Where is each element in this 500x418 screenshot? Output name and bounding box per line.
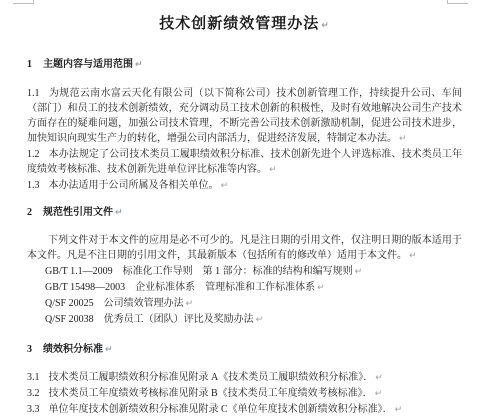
paragraph-number: 1.1 [27,88,40,99]
paragraph-text: 本办法适用于公司所属及各相关单位。 [49,180,219,191]
reference-list: GB/T 1.1—2009 标准化工作导则 第 1 部分：标准的结构和编写规则↵… [27,264,462,328]
paragraph-mark: ↵ [375,373,383,383]
paragraph-mark: ↵ [269,165,277,175]
paragraph-text: 下列文件对于本文件的应用是必不可少的。凡是注日期的引用文件，仅注明日期的版本适用… [27,235,462,261]
reference-item: Q/SF 20025 公司绩效管理办法↵ [45,296,462,312]
reference-text: GB/T 1.1—2009 标准化工作导则 第 1 部分：标准的结构和编写规则 [45,266,353,277]
section-number: 3 [27,344,32,355]
paragraph-number: 1.2 [27,149,40,160]
normative-intro-paragraph: 下列文件对于本文件的应用是必不可少的。凡是注日期的引用文件，仅注明日期的版本适用… [27,233,462,264]
paragraph-mark: ↵ [115,208,123,218]
reference-text: GB/T 15498—2003 企业标准体系 管理标准和工作标准体系 [45,282,315,293]
paragraph-1-1: 1.1为规范云南水富云天化有限公司（以下简称公司）技术创新管理工作，持续提升公司… [27,86,462,147]
paragraph-mark: ↵ [186,299,194,309]
paragraph-text: 本办法规定了公司技术类员工履职绩效积分标准、技术创新先进个人评选标准、技术类员工… [27,149,462,175]
section-number: 2 [27,207,32,218]
section-title: 主题内容与适用范围 [43,59,133,70]
paragraph-mark: ↵ [409,251,417,261]
paragraph-number: 3.1 [27,372,40,383]
document-title: 技术创新绩效管理办法↵ [27,14,462,36]
paragraph-number: 3.2 [27,388,40,399]
paragraph-text: 技术类员工履职绩效积分标准见附录 A《技术类员工履职绩效积分标准》． [49,372,374,383]
document-title-text: 技术创新绩效管理办法 [159,16,319,32]
paragraph-text: 技术类员工年度绩效考核标准见附录 B《技术类员工年度绩效考核标准》． [49,388,373,399]
paragraph-mark: ↵ [135,60,143,70]
paragraph-mark: ↵ [321,21,330,31]
section-heading-3: 3绩效积分标准↵ [27,342,462,358]
reference-item: GB/T 1.1—2009 标准化工作导则 第 1 部分：标准的结构和编写规则↵ [45,264,462,280]
section-heading-2: 2规范性引用文件↵ [27,205,462,221]
paragraph-mark: ↵ [375,389,383,399]
paragraph-1-3: 1.3本办法适用于公司所属及各相关单位。↵ [27,178,462,194]
paragraph-mark: ↵ [256,315,264,325]
paragraph-mark: ↵ [105,345,113,355]
document-page: 技术创新绩效管理办法↵ 1主题内容与适用范围↵ 1.1为规范云南水富云天化有限公… [0,0,500,400]
reference-item: Q/SF 20038 优秀员工（团队）评比及奖励办法↵ [45,312,462,328]
paragraph-3-1: 3.1技术类员工履职绩效积分标准见附录 A《技术类员工履职绩效积分标准》．↵ [27,370,462,386]
paragraph-number: 1.3 [27,180,40,191]
section-title: 规范性引用文件 [43,207,113,218]
paragraph-3-2: 3.2技术类员工年度绩效考核标准见附录 B《技术类员工年度绩效考核标准》．↵ [27,386,462,400]
section-heading-1: 1主题内容与适用范围↵ [27,57,462,73]
reference-text: Q/SF 20038 优秀员工（团队）评比及奖励办法 [45,314,254,325]
reference-item: GB/T 15498—2003 企业标准体系 管理标准和工作标准体系↵ [45,280,462,296]
section-title: 绩效积分标准 [43,344,103,355]
paragraph-1-2: 1.2本办法规定了公司技术类员工履职绩效积分标准、技术创新先进个人评选标准、技术… [27,147,462,178]
paragraph-text: 为规范云南水富云天化有限公司（以下简称公司）技术创新管理工作，持续提升公司、车间… [27,88,462,144]
paragraph-mark: ↵ [317,283,325,293]
reference-text: Q/SF 20025 公司绩效管理办法 [45,298,184,309]
section-number: 1 [27,59,32,70]
paragraph-mark: ↵ [399,134,407,144]
paragraph-mark: ↵ [221,181,229,191]
paragraph-mark: ↵ [355,267,363,277]
